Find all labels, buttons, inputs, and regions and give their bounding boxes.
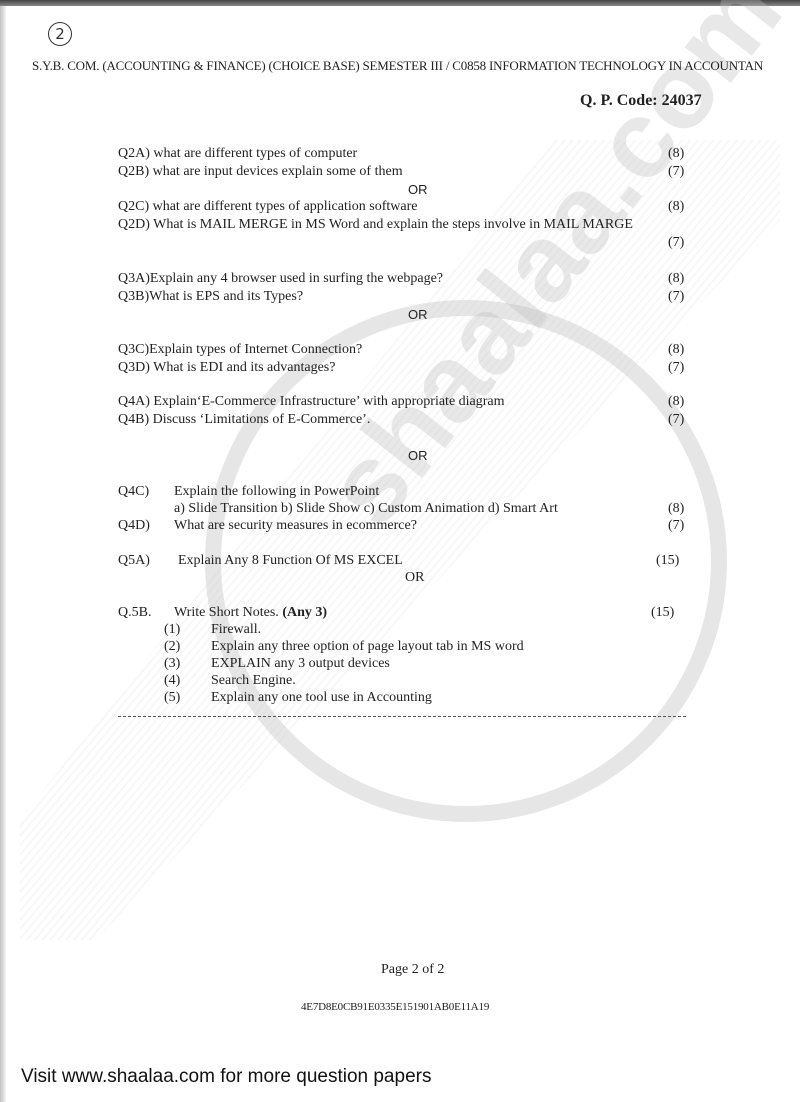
marks-q4c: (8) <box>668 501 684 517</box>
question-q5a: Explain Any 8 Function Of MS EXCEL <box>178 553 403 569</box>
note-num: (4) <box>164 673 180 689</box>
scan-left-edge <box>0 6 6 1102</box>
question-q4a: Q4A) Explain‘E-Commerce Infrastructure’ … <box>118 394 505 410</box>
marks-q3a: (8) <box>668 271 684 287</box>
note-num: (3) <box>164 656 180 672</box>
marks-q3d: (7) <box>668 360 684 376</box>
marks-q3c: (8) <box>668 342 684 358</box>
handwritten-page-mark: 2 <box>48 22 72 46</box>
or-divider: OR <box>405 570 424 586</box>
note-item: Search Engine. <box>211 673 296 689</box>
course-header: S.Y.B. COM. (ACCOUNTING & FINANCE) (CHOI… <box>32 58 763 74</box>
question-q3b: Q3B)What is EPS and its Types? <box>118 289 303 305</box>
or-divider: OR <box>408 182 428 197</box>
question-q3a: Q3A)Explain any 4 browser used in surfin… <box>118 271 443 287</box>
qp-code: Q. P. Code: 24037 <box>580 92 702 110</box>
question-q5b: Write Short Notes. (Any 3) <box>174 605 327 621</box>
q5b-any: (Any 3) <box>282 605 327 620</box>
question-q2c: Q2C) what are different types of applica… <box>118 199 417 215</box>
marks-q5a: (15) <box>656 553 679 569</box>
or-divider: OR <box>408 307 428 322</box>
page-number: Page 2 of 2 <box>381 962 444 978</box>
paper-hash: 4E7D8E0CB91E0335E151901AB0E11A19 <box>301 1001 489 1013</box>
question-q4c: Explain the following in PowerPoint <box>174 484 379 500</box>
question-q5b-label: Q.5B. <box>118 605 151 621</box>
question-q2d: Q2D) What is MAIL MERGE in MS Word and e… <box>118 217 633 233</box>
question-q4d: What are security measures in ecommerce? <box>174 518 417 534</box>
question-q4c-sub: a) Slide Transition b) Slide Show c) Cus… <box>174 501 558 517</box>
note-item: Firewall. <box>211 622 261 638</box>
question-q4d-label: Q4D) <box>118 518 150 534</box>
marks-q2d: (7) <box>668 235 684 251</box>
marks-q3b: (7) <box>668 289 684 305</box>
visit-link-text: Visit www.shaalaa.com for more question … <box>21 1066 431 1088</box>
or-divider: OR <box>408 448 428 463</box>
question-q3d: Q3D) What is EDI and its advantages? <box>118 360 335 376</box>
note-num: (5) <box>164 690 180 706</box>
note-num: (1) <box>164 622 180 638</box>
note-num: (2) <box>164 639 180 655</box>
question-q4b: Q4B) Discuss ‘Limitations of E-Commerce’… <box>118 412 370 428</box>
end-divider <box>118 716 686 717</box>
question-q2b: Q2B) what are input devices explain some… <box>118 164 403 180</box>
question-q3c: Q3C)Explain types of Internet Connection… <box>118 342 362 358</box>
marks-q2b: (7) <box>668 164 684 180</box>
q5b-text: Write Short Notes. <box>174 605 282 620</box>
note-item: Explain any three option of page layout … <box>211 639 524 655</box>
marks-q4a: (8) <box>668 394 684 410</box>
marks-q2a: (8) <box>668 146 684 162</box>
question-q4c-label: Q4C) <box>118 484 149 500</box>
marks-q5b: (15) <box>651 605 674 621</box>
note-item: Explain any one tool use in Accounting <box>211 690 432 706</box>
question-q5a-label: Q5A) <box>118 553 150 569</box>
marks-q2c: (8) <box>668 199 684 215</box>
note-item: EXPLAIN any 3 output devices <box>211 656 390 672</box>
question-q2a: Q2A) what are different types of compute… <box>118 146 357 162</box>
marks-q4b: (7) <box>668 412 684 428</box>
marks-q4d: (7) <box>668 518 684 534</box>
